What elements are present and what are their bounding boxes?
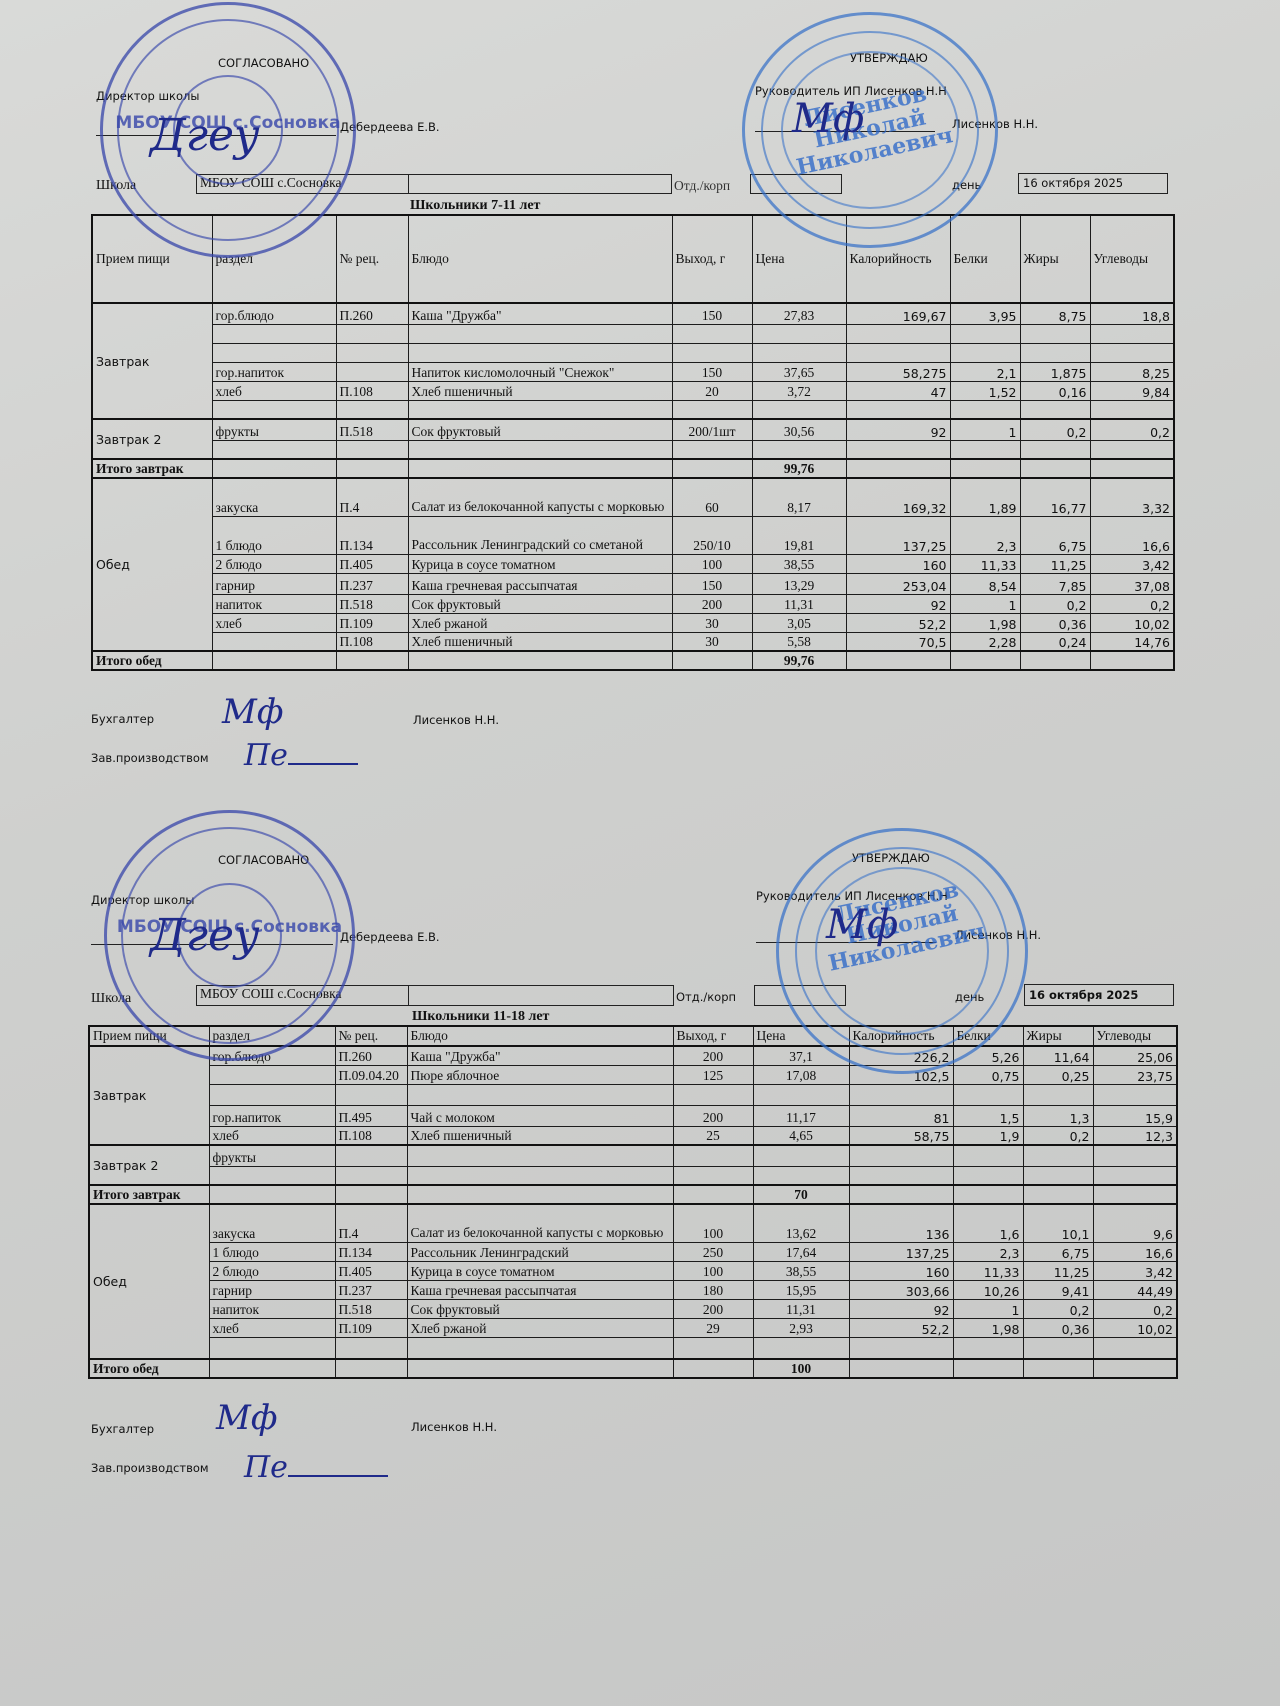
cell-carbs: 9,6 [1093,1204,1177,1242]
cell-carbs [1093,1084,1177,1105]
cell-dish: Сок фруктовый [408,419,672,440]
empty-cell [672,651,752,670]
cell-kcal: 102,5 [849,1065,953,1084]
cell-yield: 100 [673,1204,753,1242]
school-field[interactable]: МБОУ СОШ с.Сосновка [196,174,409,194]
cell-dish: Чай с молоком [407,1105,673,1126]
cell-dish [408,324,672,343]
cell-yield: 150 [672,362,752,381]
cell-carbs: 37,08 [1090,573,1174,594]
cell-carbs: 3,42 [1090,554,1174,573]
cell-fat: 0,25 [1023,1065,1093,1084]
table-row: хлебП.108Хлеб пшеничный203,72471,520,169… [92,381,1174,400]
dept-label: Отд./корп [676,990,736,1004]
cell-kcal: 137,25 [846,516,950,554]
cell-price: 19,81 [752,516,846,554]
cell-fat [1020,324,1090,343]
table-row: гарнирП.237Каша гречневая рассыпчатая150… [92,573,1174,594]
cell-protein: 3,95 [950,303,1020,324]
menu-table-7-11: Прием пищираздел№ рец.БлюдоВыход, гЦенаК… [91,214,1175,671]
school-field[interactable]: МБОУ СОШ с.Сосновка [196,985,409,1006]
column-header: Жиры [1023,1026,1093,1046]
day-label: день [955,990,984,1004]
production-signature-icon: Пе [244,1450,388,1485]
cell-protein: 1 [953,1299,1023,1318]
cell-price: 3,05 [752,613,846,632]
cell-price: 37,1 [753,1046,849,1065]
cell-recipe: П.518 [335,1299,407,1318]
cell-dish: Сок фруктовый [407,1299,673,1318]
empty-cell [1090,459,1174,478]
cell-recipe [336,440,408,459]
cell-protein: 1,9 [953,1126,1023,1145]
empty-cell [673,1185,753,1204]
cell-kcal: 226,2 [849,1046,953,1065]
table-row: ОбедзакускаП.4Салат из белокочанной капу… [89,1204,1177,1242]
cell-protein: 1,89 [950,478,1020,516]
meal-name: Завтрак 2 [92,419,212,459]
column-header: Цена [752,215,846,303]
cell-dish: Каша "Дружба" [408,303,672,324]
school-label: Школа [91,991,131,1007]
meal-name: Обед [89,1204,209,1359]
cell-fat: 8,75 [1020,303,1090,324]
cell-dish [407,1166,673,1185]
table-row: 1 блюдоП.134Рассольник Ленинградский со … [92,516,1174,554]
cell-protein: 2,28 [950,632,1020,651]
cell-section: закуска [209,1204,335,1242]
cell-carbs: 23,75 [1093,1065,1177,1084]
head-signature-icon: Мф [792,96,864,142]
cell-protein [950,343,1020,362]
cell-kcal: 58,75 [849,1126,953,1145]
cell-yield [672,324,752,343]
cell-fat: 0,2 [1023,1126,1093,1145]
cell-yield: 100 [673,1261,753,1280]
cell-recipe: П.134 [335,1242,407,1261]
cell-protein: 0,75 [953,1065,1023,1084]
cell-section: 1 блюдо [209,1242,335,1261]
cell-yield: 100 [672,554,752,573]
cell-protein: 1,52 [950,381,1020,400]
column-header: Калорийность [846,215,950,303]
column-header: Калорийность [849,1026,953,1046]
empty-cell [336,651,408,670]
empty-cell [1020,459,1090,478]
day-field[interactable]: 16 октября 2025 [1018,173,1168,194]
cell-section: гор.блюдо [209,1046,335,1065]
cell-carbs: 0,2 [1090,419,1174,440]
dept-field[interactable] [754,985,846,1006]
cell-kcal: 58,275 [846,362,950,381]
accountant-name: Лисенков Н.Н. [413,713,499,727]
cell-protein [950,440,1020,459]
cell-protein: 11,33 [953,1261,1023,1280]
cell-section: хлеб [212,381,336,400]
cell-protein: 2,3 [953,1242,1023,1261]
cell-fat [1020,400,1090,419]
cell-price: 17,08 [753,1065,849,1084]
cell-yield [673,1145,753,1166]
cell-price: 38,55 [752,554,846,573]
cell-fat: 0,16 [1020,381,1090,400]
cell-recipe: П.108 [336,632,408,651]
cell-yield: 250/10 [672,516,752,554]
cell-fat: 9,41 [1023,1280,1093,1299]
total-price: 100 [753,1359,849,1378]
table-row: ОбедзакускаП.4Салат из белокочанной капу… [92,478,1174,516]
cell-recipe: П.4 [336,478,408,516]
table-row: гарнирП.237Каша гречневая рассыпчатая180… [89,1280,1177,1299]
total-label: Итого завтрак [92,459,212,478]
cell-dish: Рассольник Ленинградский со сметаной [408,516,672,554]
cell-recipe: П.109 [336,613,408,632]
cell-dish: Каша гречневая рассыпчатая [407,1280,673,1299]
cell-yield: 20 [672,381,752,400]
table-row [92,324,1174,343]
cell-dish: Хлеб пшеничный [408,381,672,400]
cell-price: 13,29 [752,573,846,594]
signature-line [91,944,333,945]
cell-fat [1023,1084,1093,1105]
cell-price [753,1166,849,1185]
column-header: Прием пищи [89,1026,209,1046]
table-row: Завтракгор.блюдоП.260Каша "Дружба"20037,… [89,1046,1177,1065]
approval-left-name: Дебердеева Е.В. [340,930,440,944]
cell-fat [1020,343,1090,362]
cell-dish [407,1084,673,1105]
cell-protein: 8,54 [950,573,1020,594]
cell-yield: 30 [672,613,752,632]
production-head-label: Зав.производством [91,751,209,765]
cell-yield: 60 [672,478,752,516]
cell-carbs: 16,6 [1093,1242,1177,1261]
cell-dish: Курица в соусе томатном [408,554,672,573]
cell-fat: 11,64 [1023,1046,1093,1065]
cell-price: 3,72 [752,381,846,400]
table-header-row: Прием пищираздел№ рец.БлюдоВыход, гЦенаК… [89,1026,1177,1046]
cell-section: 1 блюдо [212,516,336,554]
cell-fat: 6,75 [1020,516,1090,554]
cell-dish: Хлеб пшеничный [408,632,672,651]
cell-dish: Каша "Дружба" [407,1046,673,1065]
cell-carbs: 15,9 [1093,1105,1177,1126]
empty-cell [1090,651,1174,670]
cell-section: фрукты [212,419,336,440]
production-head-label: Зав.производством [91,1461,209,1475]
meal-name: Обед [92,478,212,651]
empty-cell [407,1185,673,1204]
approval-right-role: Руководитель ИП Лисенков Н.Н [756,889,948,903]
cell-price: 17,64 [753,1242,849,1261]
approval-right-name: Лисенков Н.Н. [955,928,1041,942]
cell-carbs: 16,6 [1090,516,1174,554]
cell-section [209,1065,335,1084]
empty-cell [408,651,672,670]
signature-line [755,131,935,132]
cell-price: 30,56 [752,419,846,440]
approval-left-title: СОГЛАСОВАНО [218,56,309,70]
cell-dish [407,1337,673,1359]
cell-carbs: 25,06 [1093,1046,1177,1065]
cell-carbs [1090,324,1174,343]
cell-kcal [846,400,950,419]
table-row: гор.напитокНапиток кисломолочный "Снежок… [92,362,1174,381]
cell-protein: 5,26 [953,1046,1023,1065]
cell-section: гор.напиток [212,362,336,381]
total-price: 99,76 [752,459,846,478]
column-header: Выход, г [672,215,752,303]
cell-price: 15,95 [753,1280,849,1299]
cell-protein: 1,98 [953,1318,1023,1337]
table-header-row: Прием пищираздел№ рец.БлюдоВыход, гЦенаК… [92,215,1174,303]
cell-fat: 0,36 [1020,613,1090,632]
cell-protein [953,1337,1023,1359]
empty-cell [846,651,950,670]
cell-kcal [849,1166,953,1185]
cell-fat: 0,24 [1020,632,1090,651]
column-header: Углеводы [1093,1026,1177,1046]
empty-cell [673,1359,753,1378]
cell-section: напиток [209,1299,335,1318]
cell-fat: 6,75 [1023,1242,1093,1261]
table-title: Школьники 7-11 лет [410,198,540,214]
cell-yield [672,440,752,459]
cell-yield [672,400,752,419]
cell-recipe: П.405 [335,1261,407,1280]
cell-fat: 11,25 [1020,554,1090,573]
signature-line [756,942,936,943]
dept-label: Отд./корп [674,178,730,194]
cell-carbs: 9,84 [1090,381,1174,400]
total-price: 99,76 [752,651,846,670]
cell-recipe: П.518 [336,594,408,613]
cell-recipe: П.109 [335,1318,407,1337]
cell-price: 2,93 [753,1318,849,1337]
school-extra-field[interactable] [408,174,672,194]
column-header: Прием пищи [92,215,212,303]
cell-price: 11,17 [753,1105,849,1126]
cell-dish [408,343,672,362]
cell-kcal [846,440,950,459]
cell-section: гарнир [212,573,336,594]
cell-dish: Сок фруктовый [408,594,672,613]
approval-right-title: УТВЕРЖДАЮ [852,851,930,865]
cell-fat: 11,25 [1023,1261,1093,1280]
cell-fat: 0,36 [1023,1318,1093,1337]
cell-fat: 0,2 [1020,594,1090,613]
cell-carbs: 14,76 [1090,632,1174,651]
cell-carbs: 10,02 [1090,613,1174,632]
column-header: Цена [753,1026,849,1046]
empty-cell [209,1185,335,1204]
cell-fat [1023,1166,1093,1185]
cell-fat [1023,1145,1093,1166]
cell-protein: 1 [950,419,1020,440]
cell-kcal: 137,25 [849,1242,953,1261]
accountant-label: Бухгалтер [91,1422,154,1436]
cell-yield: 30 [672,632,752,651]
cell-yield: 29 [673,1318,753,1337]
cell-yield [673,1337,753,1359]
table-row: напитокП.518Сок фруктовый20011,319210,20… [92,594,1174,613]
cell-recipe: П.108 [335,1126,407,1145]
cell-recipe: П.237 [336,573,408,594]
total-label: Итого завтрак [89,1185,209,1204]
cell-kcal [846,324,950,343]
cell-section: хлеб [209,1318,335,1337]
table-row [89,1166,1177,1185]
column-header: № рец. [335,1026,407,1046]
cell-section: фрукты [209,1145,335,1166]
cell-carbs: 44,49 [1093,1280,1177,1299]
cell-yield [673,1084,753,1105]
cell-recipe [335,1084,407,1105]
cell-dish: Пюре яблочное [407,1065,673,1084]
cell-section [209,1337,335,1359]
cell-recipe [336,362,408,381]
cell-dish: Рассольник Ленинградский [407,1242,673,1261]
cell-kcal: 160 [849,1261,953,1280]
cell-price [752,440,846,459]
cell-protein [950,324,1020,343]
empty-cell [408,459,672,478]
table-row: Завтрак 2фруктыП.518Сок фруктовый200/1шт… [92,419,1174,440]
cell-kcal: 169,32 [846,478,950,516]
cell-recipe [336,343,408,362]
cell-carbs: 8,25 [1090,362,1174,381]
cell-kcal [849,1084,953,1105]
table-row: напитокП.518Сок фруктовый20011,319210,20… [89,1299,1177,1318]
column-header: Блюдо [408,215,672,303]
cell-carbs: 3,42 [1093,1261,1177,1280]
approval-right-title: УТВЕРЖДАЮ [850,51,928,65]
cell-yield: 150 [672,573,752,594]
cell-price: 27,83 [752,303,846,324]
cell-section: напиток [212,594,336,613]
cell-carbs: 0,2 [1090,594,1174,613]
accountant-name: Лисенков Н.Н. [411,1420,497,1434]
cell-yield: 200 [673,1046,753,1065]
cell-carbs: 12,3 [1093,1126,1177,1145]
cell-yield: 200/1шт [672,419,752,440]
cell-yield: 200 [673,1299,753,1318]
table-row [92,400,1174,419]
day-label: день [952,178,981,192]
cell-fat: 0,2 [1020,419,1090,440]
empty-cell [953,1359,1023,1378]
empty-cell [1093,1359,1177,1378]
cell-yield: 25 [673,1126,753,1145]
cell-kcal: 47 [846,381,950,400]
cell-protein: 1,6 [953,1204,1023,1242]
empty-cell [1023,1185,1093,1204]
table-row: Завтракгор.блюдоП.260Каша "Дружба"15027,… [92,303,1174,324]
cell-yield: 180 [673,1280,753,1299]
cell-protein [953,1166,1023,1185]
cell-recipe: П.134 [336,516,408,554]
table-row: П.09.04.20Пюре яблочное12517,08102,50,75… [89,1065,1177,1084]
cell-yield: 250 [673,1242,753,1261]
cell-carbs: 18,8 [1090,303,1174,324]
cell-price: 37,65 [752,362,846,381]
cell-kcal: 92 [846,594,950,613]
total-label: Итого обед [92,651,212,670]
cell-kcal: 92 [849,1299,953,1318]
cell-section: 2 блюдо [212,554,336,573]
empty-cell [212,651,336,670]
cell-fat: 7,85 [1020,573,1090,594]
total-breakfast-row: Итого завтрак99,76 [92,459,1174,478]
day-field[interactable]: 16 октября 2025 [1024,984,1174,1006]
cell-section: 2 блюдо [209,1261,335,1280]
total-price: 70 [753,1185,849,1204]
cell-kcal: 160 [846,554,950,573]
cell-price [753,1084,849,1105]
cell-price: 11,31 [753,1299,849,1318]
accountant-signature-icon: Мф [216,1398,277,1438]
empty-cell [1093,1185,1177,1204]
cell-price [753,1145,849,1166]
cell-dish: Салат из белокочанной капусты с морковью [408,478,672,516]
cell-price [752,343,846,362]
cell-recipe: П.4 [335,1204,407,1242]
empty-cell [335,1359,407,1378]
cell-carbs [1090,440,1174,459]
dept-field[interactable] [750,174,842,194]
cell-protein [953,1145,1023,1166]
school-stamp-icon: МБОУ СОШ с.Сосновка [104,810,355,1061]
accountant-label: Бухгалтер [91,712,154,726]
cell-carbs [1093,1145,1177,1166]
empty-cell [953,1185,1023,1204]
total-lunch-row: Итого обед100 [89,1359,1177,1378]
table-row: 2 блюдоП.405Курица в соусе томатном10038… [89,1261,1177,1280]
school-label: Школа [96,178,136,194]
column-header: Блюдо [407,1026,673,1046]
cell-recipe: П.495 [335,1105,407,1126]
approval-left-name: Дебердеева Е.В. [340,120,440,134]
cell-protein [953,1084,1023,1105]
school-extra-field[interactable] [408,985,674,1006]
cell-carbs [1090,343,1174,362]
cell-carbs [1090,400,1174,419]
table-row [89,1337,1177,1359]
cell-dish: Хлеб пшеничный [407,1126,673,1145]
cell-kcal: 253,04 [846,573,950,594]
cell-protein: 1,5 [953,1105,1023,1126]
cell-kcal: 81 [849,1105,953,1126]
cell-dish [407,1145,673,1166]
empty-cell [849,1185,953,1204]
cell-fat: 16,77 [1020,478,1090,516]
empty-cell [1023,1359,1093,1378]
empty-cell [209,1359,335,1378]
cell-dish: Салат из белокочанной капусты с морковью [407,1204,673,1242]
cell-dish: Хлеб ржаной [407,1318,673,1337]
cell-price: 38,55 [753,1261,849,1280]
cell-price: 11,31 [752,594,846,613]
cell-section [209,1084,335,1105]
meal-name: Завтрак 2 [89,1145,209,1185]
approval-right-name: Лисенков Н.Н. [952,117,1038,131]
cell-dish: Каша гречневая рассыпчатая [408,573,672,594]
cell-dish [408,400,672,419]
cell-protein [950,400,1020,419]
cell-fat [1023,1337,1093,1359]
column-header: Жиры [1020,215,1090,303]
cell-section: гор.блюдо [212,303,336,324]
